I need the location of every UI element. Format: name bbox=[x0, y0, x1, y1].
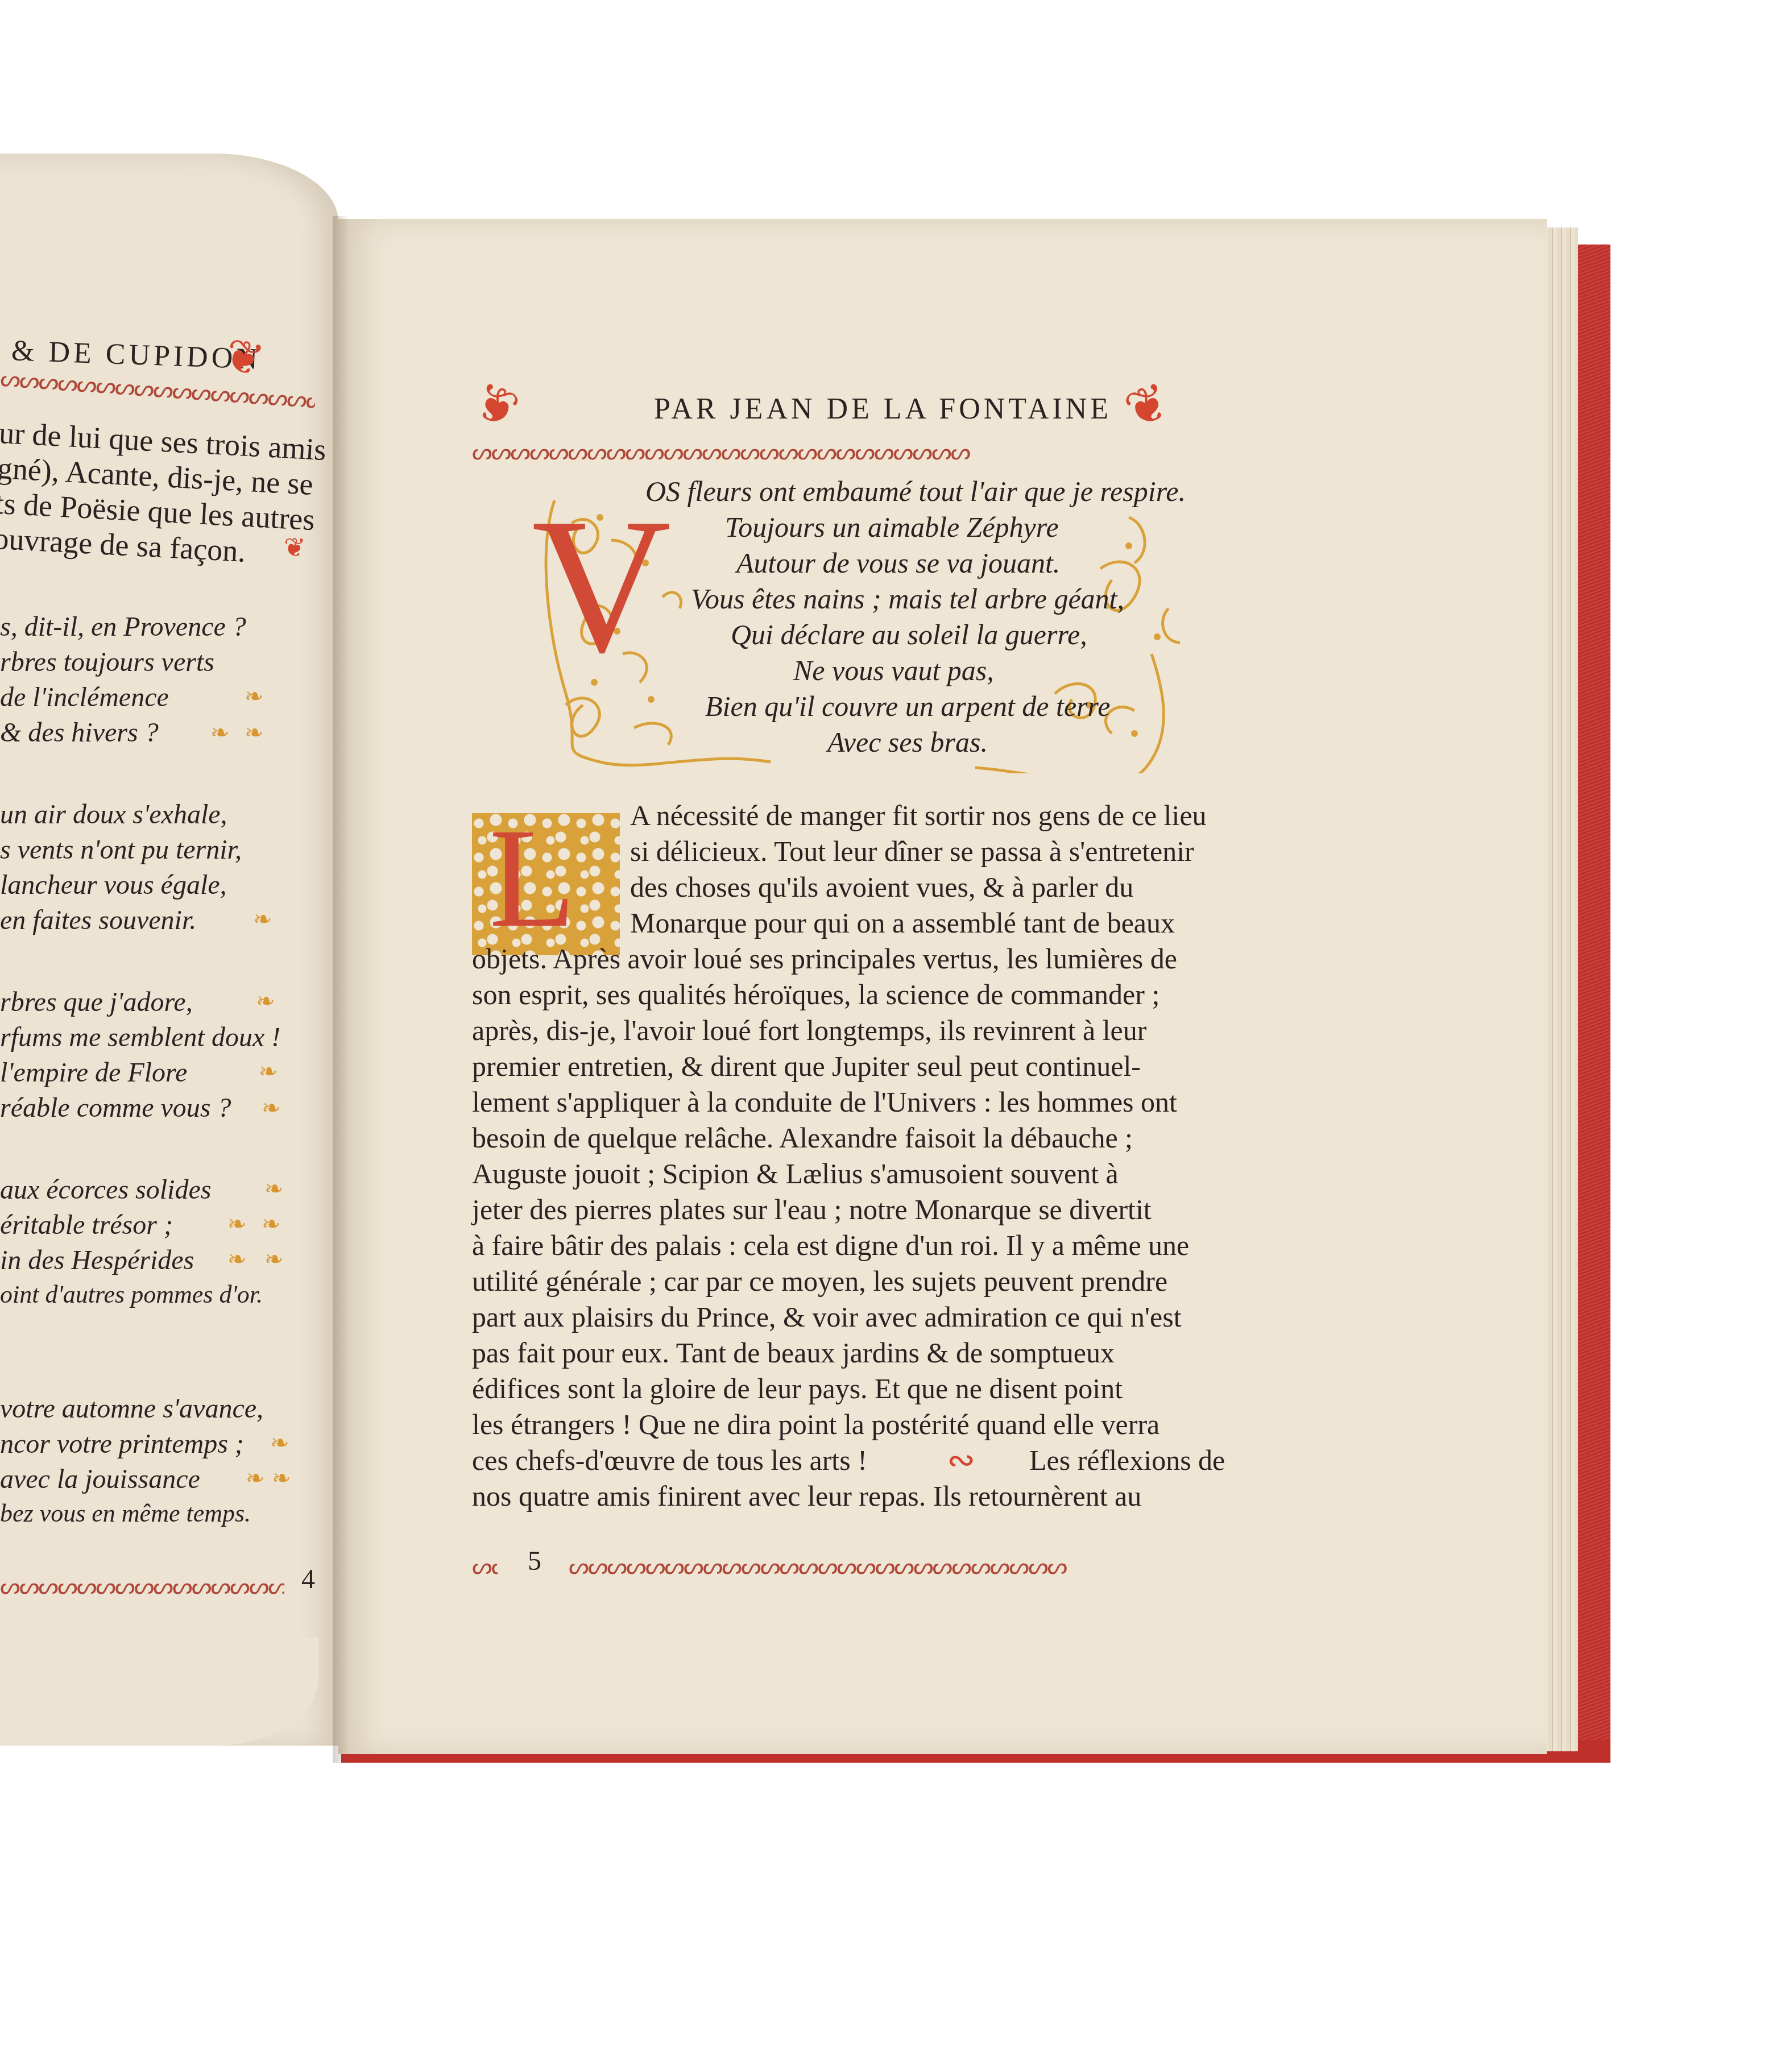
verse-line: rbres que j'adore, bbox=[0, 987, 193, 1018]
poem-line: OS fleurs ont embaumé tout l'air que je … bbox=[645, 475, 1186, 508]
gold-leaf-icon: ❧ bbox=[264, 1175, 284, 1202]
verse-line: rfums me semblent doux ! bbox=[0, 1022, 280, 1053]
prose-line: Monarque pour qui on a assemblé tant de … bbox=[630, 906, 1175, 939]
prose-line: jeter des pierres plates sur l'eau ; not… bbox=[472, 1193, 1152, 1226]
prose-line: besoin de quelque relâche. Alexandre fai… bbox=[472, 1121, 1133, 1154]
gold-leaf-icon: ❧ bbox=[256, 988, 275, 1014]
left-page-curl bbox=[0, 1638, 318, 1746]
verse-line: in des Hespérides bbox=[0, 1245, 194, 1276]
prose-line: pas fait pour eux. Tant de beaux jardins… bbox=[472, 1336, 1115, 1369]
prose-line: édifices sont la gloire de leur pays. Et… bbox=[472, 1372, 1123, 1405]
gold-leaf-icon: ❧ bbox=[246, 1465, 265, 1491]
verse-line: s, dit-il, en Provence ? bbox=[0, 611, 246, 643]
verse-line: s vents n'ont pu ternir, bbox=[0, 834, 242, 865]
verse-line: éritable trésor ; bbox=[0, 1209, 173, 1241]
wave-border-top: ᔕᔕᔕᔕᔕᔕᔕᔕᔕᔕᔕᔕᔕᔕᔕᔕᔕᔕᔕᔕᔕᔕᔕᔕᔕᔕ bbox=[472, 441, 1237, 463]
verse-line: un air doux s'exhale, bbox=[0, 799, 227, 830]
poem-line: Qui déclare au soleil la guerre, bbox=[731, 618, 1087, 651]
verse-line: l'empire de Flore bbox=[0, 1057, 187, 1088]
wave-border-bottom: ᔕᔕᔕᔕᔕᔕᔕᔕᔕᔕᔕᔕᔕᔕᔕᔕᔕᔕᔕᔕᔕᔕᔕᔕᔕᔕ bbox=[569, 1555, 1237, 1578]
gold-leaf-icon: ❧ bbox=[227, 1211, 247, 1237]
prose-line: A nécessité de manger fit sortir nos gen… bbox=[630, 799, 1207, 832]
prose-block: A nécessité de manger fit sortir nos gen… bbox=[472, 799, 1245, 1527]
prose-line: premier entretien, & dirent que Jupiter … bbox=[472, 1050, 1141, 1083]
prose-line: après, dis-je, l'avoir loué fort longtem… bbox=[472, 1014, 1146, 1047]
verse-line: oint d'autres pommes d'or. bbox=[0, 1280, 263, 1309]
gold-leaf-icon: ❧ bbox=[262, 1095, 281, 1121]
verse-line: avec la jouissance bbox=[0, 1464, 200, 1495]
inline-red-ornament-icon: ∾ bbox=[947, 1440, 975, 1480]
poem-line: Bien qu'il couvre un arpent de terre bbox=[705, 690, 1110, 723]
wave-mark-footer: ᔕᔕᔕᔕᔕᔕᔕᔕᔕᔕᔕᔕᔕᔕᔕᔕᔕᔕᔕᔕᔕᔕᔕᔕᔕᔕ bbox=[472, 1555, 498, 1578]
prose-line: objets. Après avoir loué ses principales… bbox=[472, 942, 1177, 975]
verse-line: bez vous en même temps. bbox=[0, 1499, 251, 1528]
gold-leaf-icon: ❧ bbox=[245, 719, 264, 746]
poem-block: V OS fleurs ont embaumé tout l'air que j… bbox=[532, 466, 1214, 773]
poem-line: Toujours un aimable Zéphyre bbox=[725, 511, 1059, 544]
poem-line: Avec ses bras. bbox=[827, 726, 988, 759]
prose-line: utilité générale ; car par ce moyen, les… bbox=[472, 1265, 1167, 1298]
gold-leaf-icon: ❧ bbox=[264, 1246, 284, 1273]
inline-flourish-icon: ❦ bbox=[283, 531, 306, 563]
verse-line: ncor votre printemps ; bbox=[0, 1428, 244, 1460]
prose-line: lement s'appliquer à la conduite de l'Un… bbox=[472, 1085, 1177, 1118]
prose-line: les étrangers ! Que ne dira point la pos… bbox=[472, 1408, 1159, 1441]
prose-line: à faire bâtir des palais : cela est dign… bbox=[472, 1229, 1189, 1262]
verse-line: lancheur vous égale, bbox=[0, 869, 227, 901]
prose-line: Les réflexions de bbox=[1029, 1444, 1225, 1477]
prose-line: des choses qu'ils avoient vues, & à parl… bbox=[630, 871, 1133, 904]
prose-line: Auguste jouoit ; Scipion & Lælius s'amus… bbox=[472, 1157, 1119, 1190]
wave-border-bottom-left: ᔕᔕᔕᔕᔕᔕᔕᔕᔕᔕᔕᔕᔕᔕᔕᔕᔕᔕᔕᔕᔕᔕᔕᔕᔕᔕ bbox=[0, 1575, 284, 1598]
verse-line: aux écorces solides bbox=[0, 1174, 211, 1205]
gold-leaf-icon: ❧ bbox=[272, 1465, 291, 1491]
page-number: 5 bbox=[528, 1545, 541, 1577]
verse-line: & des hivers ? bbox=[0, 717, 159, 748]
page-number-left: 4 bbox=[301, 1564, 315, 1595]
poem-line: Autour de vous se va jouant. bbox=[736, 546, 1060, 579]
poem-line: Ne vous vaut pas, bbox=[793, 654, 994, 687]
gold-leaf-icon: ❧ bbox=[227, 1246, 247, 1273]
verse-line: réable comme vous ? bbox=[0, 1092, 231, 1124]
gold-leaf-icon: ❧ bbox=[245, 683, 264, 710]
illuminated-initial-v: V bbox=[532, 489, 672, 682]
gold-leaf-icon: ❧ bbox=[262, 1211, 281, 1237]
verse-line: votre automne s'avance, bbox=[0, 1393, 263, 1424]
gutter-shadow bbox=[333, 216, 350, 1763]
prose-line: ces chefs-d'œuvre de tous les arts ! bbox=[472, 1444, 867, 1477]
gold-leaf-icon: ❧ bbox=[270, 1429, 289, 1456]
verse-line: rbres toujours verts bbox=[0, 647, 214, 678]
verse-line: de l'inclémence bbox=[0, 682, 169, 713]
poem-line: Vous êtes nains ; mais tel arbre géant, bbox=[691, 582, 1124, 615]
prose-line: part aux plaisirs du Prince, & voir avec… bbox=[472, 1300, 1182, 1333]
prose-line: son esprit, ses qualités héroïques, la s… bbox=[472, 978, 1159, 1011]
gold-leaf-icon: ❧ bbox=[210, 719, 230, 746]
prose-line: nos quatre amis finirent avec leur repas… bbox=[472, 1480, 1141, 1512]
prose-line: si délicieux. Tout leur dîner se passa à… bbox=[630, 835, 1194, 868]
page-running-head: PAR JEAN DE LA FONTAINE bbox=[654, 392, 1112, 426]
gold-leaf-icon: ❧ bbox=[253, 906, 272, 933]
verse-line: en faites souvenir. bbox=[0, 905, 196, 936]
gold-leaf-icon: ❧ bbox=[259, 1058, 278, 1085]
